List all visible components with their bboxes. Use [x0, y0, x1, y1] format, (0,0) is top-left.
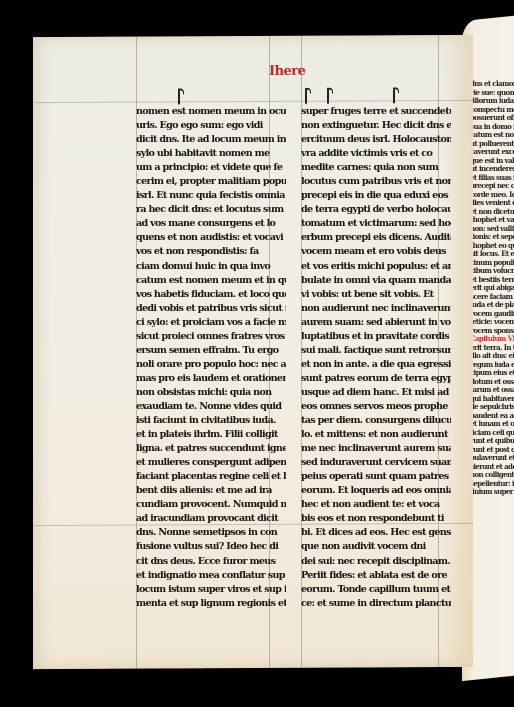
text-line: cundiam provocent. Numquid me: [136, 498, 286, 512]
text-line: dns. Nonne semetipsos in con: [136, 526, 286, 540]
text-line: ad vos mane consurgens et lo: [136, 217, 286, 231]
text-line: me nec inclinaverunt aurem suam:: [301, 442, 451, 456]
text-line: bi. Et dices ad eos. Hec est gens: [301, 526, 451, 540]
text-line: isti faciunt in civitatibus iuda.: [136, 414, 286, 428]
text-line: precepi eis in die qua eduxi eos: [301, 189, 451, 203]
text-line: bis eos et non respondebunt ti: [301, 512, 451, 526]
text-line: cerim ei, propter malitiam populi mei: [136, 175, 286, 189]
text-line: que non audivit vocem dni: [301, 540, 451, 554]
text-line: et non in ante. a die qua egressi: [301, 358, 451, 372]
running-head: Ihere: [269, 64, 305, 79]
ascender-flourish: [178, 90, 180, 104]
text-line: sui mali. factique sunt retrorsum: [301, 344, 451, 358]
text-line: tas per diem. consurgens dilucu: [301, 414, 451, 428]
text-line: mas pro eis laudem et orationem: et: [136, 372, 286, 386]
text-line: aurem suam: sed abierunt in vo: [301, 316, 451, 330]
text-line: sunt patres eorum de terra egypti: [301, 372, 451, 386]
text-line: um a principio: et videte que fe: [136, 161, 286, 175]
ascender-flourish: [327, 90, 329, 104]
text-line: et in plateis ihrlm. Filii colligit: [136, 428, 286, 442]
ascender-flourish: [305, 90, 307, 104]
ascender-flourish: [393, 89, 395, 103]
text-line: fusione vultus sui? Ideo hec di: [136, 540, 286, 554]
text-column-right: super fruges terre et succendetur etnon …: [301, 105, 451, 611]
text-line: exaudiam te. Nonne vides quid: [136, 400, 286, 414]
text-line: uris. Ego ego sum: ego vidi: [136, 119, 286, 133]
text-line: tomatum et victimarum: sed hoc v: [301, 217, 451, 231]
text-line: et vos eritis michi populus: et am: [301, 260, 451, 274]
text-line: catum est nomen meum et in qua: [136, 274, 286, 288]
text-line: dicit dns. Ite ad locum meum in: [136, 133, 286, 147]
text-line: et indignatio mea conflatur sup: [136, 569, 286, 583]
text-line: locutus cum patribus vris et non: [301, 175, 451, 189]
next-leaf-text: dns et clamor gentiumvie sue: quoniam fe…: [470, 80, 514, 550]
text-line: hec et non audient te: et voca: [301, 498, 451, 512]
text-line: sed induraverunt cervicem suam et: [301, 456, 451, 470]
text-line: dei sui: nec recepit disciplinam.: [301, 555, 451, 569]
text-line: eorum. Et loqueris ad eos omnia uba: [301, 484, 451, 498]
text-line: eos omnes servos meos prophe: [301, 400, 451, 414]
text-line: erbum precepi eis dicens. Audite: [301, 231, 451, 245]
text-line: non audierunt nec inclinaverunt: [301, 302, 451, 316]
text-line: dedi vobis et patribus vris sicut fe: [136, 302, 286, 316]
text-line: non obsistas michi: quia non: [136, 386, 286, 400]
text-line: ersum semen effraim. Tu ergo: [136, 344, 286, 358]
text-line: super fruges terre et succendetur et: [301, 105, 451, 119]
text-line: de terra egypti de verbo holocau: [301, 203, 451, 217]
text-line: menta et sup lignum regionis et: [136, 597, 286, 611]
text-line: vi vobis: ut bene sit vobis. Et: [301, 288, 451, 302]
next-leaf-line: linium super faciem: [470, 488, 514, 497]
text-line: sicut proieci omnes fratres vros univ: [136, 330, 286, 344]
text-line: vocem meam et ero vobis deus: [301, 245, 451, 259]
text-line: ligna. et patres succendunt igne.: [136, 442, 286, 456]
text-line: ra hec dicit dns: et locutus sum: [136, 203, 286, 217]
text-line: bulate in omni via quam manda: [301, 274, 451, 288]
text-line: usque ad diem hanc. Et misi ad: [301, 386, 451, 400]
text-line: medite carnes: quia non sum: [301, 161, 451, 175]
text-line: Periit fides: et ablata est de ore: [301, 569, 451, 583]
text-line: ciam domui huic in qua invo: [136, 260, 286, 274]
text-column-left: nomen est nomen meum in oculisuris. Ego …: [136, 105, 286, 611]
text-line: faciant placentas regine celi et li: [136, 470, 286, 484]
text-line: vra addite victimis vris et co: [301, 147, 451, 161]
text-line: ce: et sume in directum planctum: quia: [301, 597, 451, 611]
text-line: locum istum super viros et sup iu: [136, 583, 286, 597]
text-line: lo. et mittens: et non audierunt: [301, 428, 451, 442]
text-line: vos et non respondistis: fa: [136, 245, 286, 259]
text-line: vos habetis fiduciam. et loco quem: [136, 288, 286, 302]
text-line: ci sylo: et proiciam vos a facie mea: [136, 316, 286, 330]
text-line: et mulieres conspergunt adipem ut: [136, 456, 286, 470]
text-line: cit dns deus. Ecce furor meus: [136, 555, 286, 569]
text-line: peius operati sunt quam patres: [301, 470, 451, 484]
text-line: ad iracundiam provocant dicit: [136, 512, 286, 526]
text-line: nomen est nomen meum in oculis: [136, 105, 286, 119]
text-line: non extinguetur. Hec dicit dns ex: [301, 119, 451, 133]
text-line: bent diis alienis: et me ad ira: [136, 484, 286, 498]
text-line: sylo ubi habitavit nomen me: [136, 147, 286, 161]
text-line: isrl. Et nunc quia fecistis omnia ag: [136, 189, 286, 203]
text-line: quens et non audistis: et vocavi: [136, 231, 286, 245]
text-line: ercituum deus isrl. Holocaustomata: [301, 133, 451, 147]
text-line: eorum. Tonde capillum tuum et proi: [301, 583, 451, 597]
text-line: noli orare pro populo hoc: nec assu: [136, 358, 286, 372]
text-line: luptatibus et in pravitate cordis: [301, 330, 451, 344]
ruling-line: [33, 100, 473, 103]
